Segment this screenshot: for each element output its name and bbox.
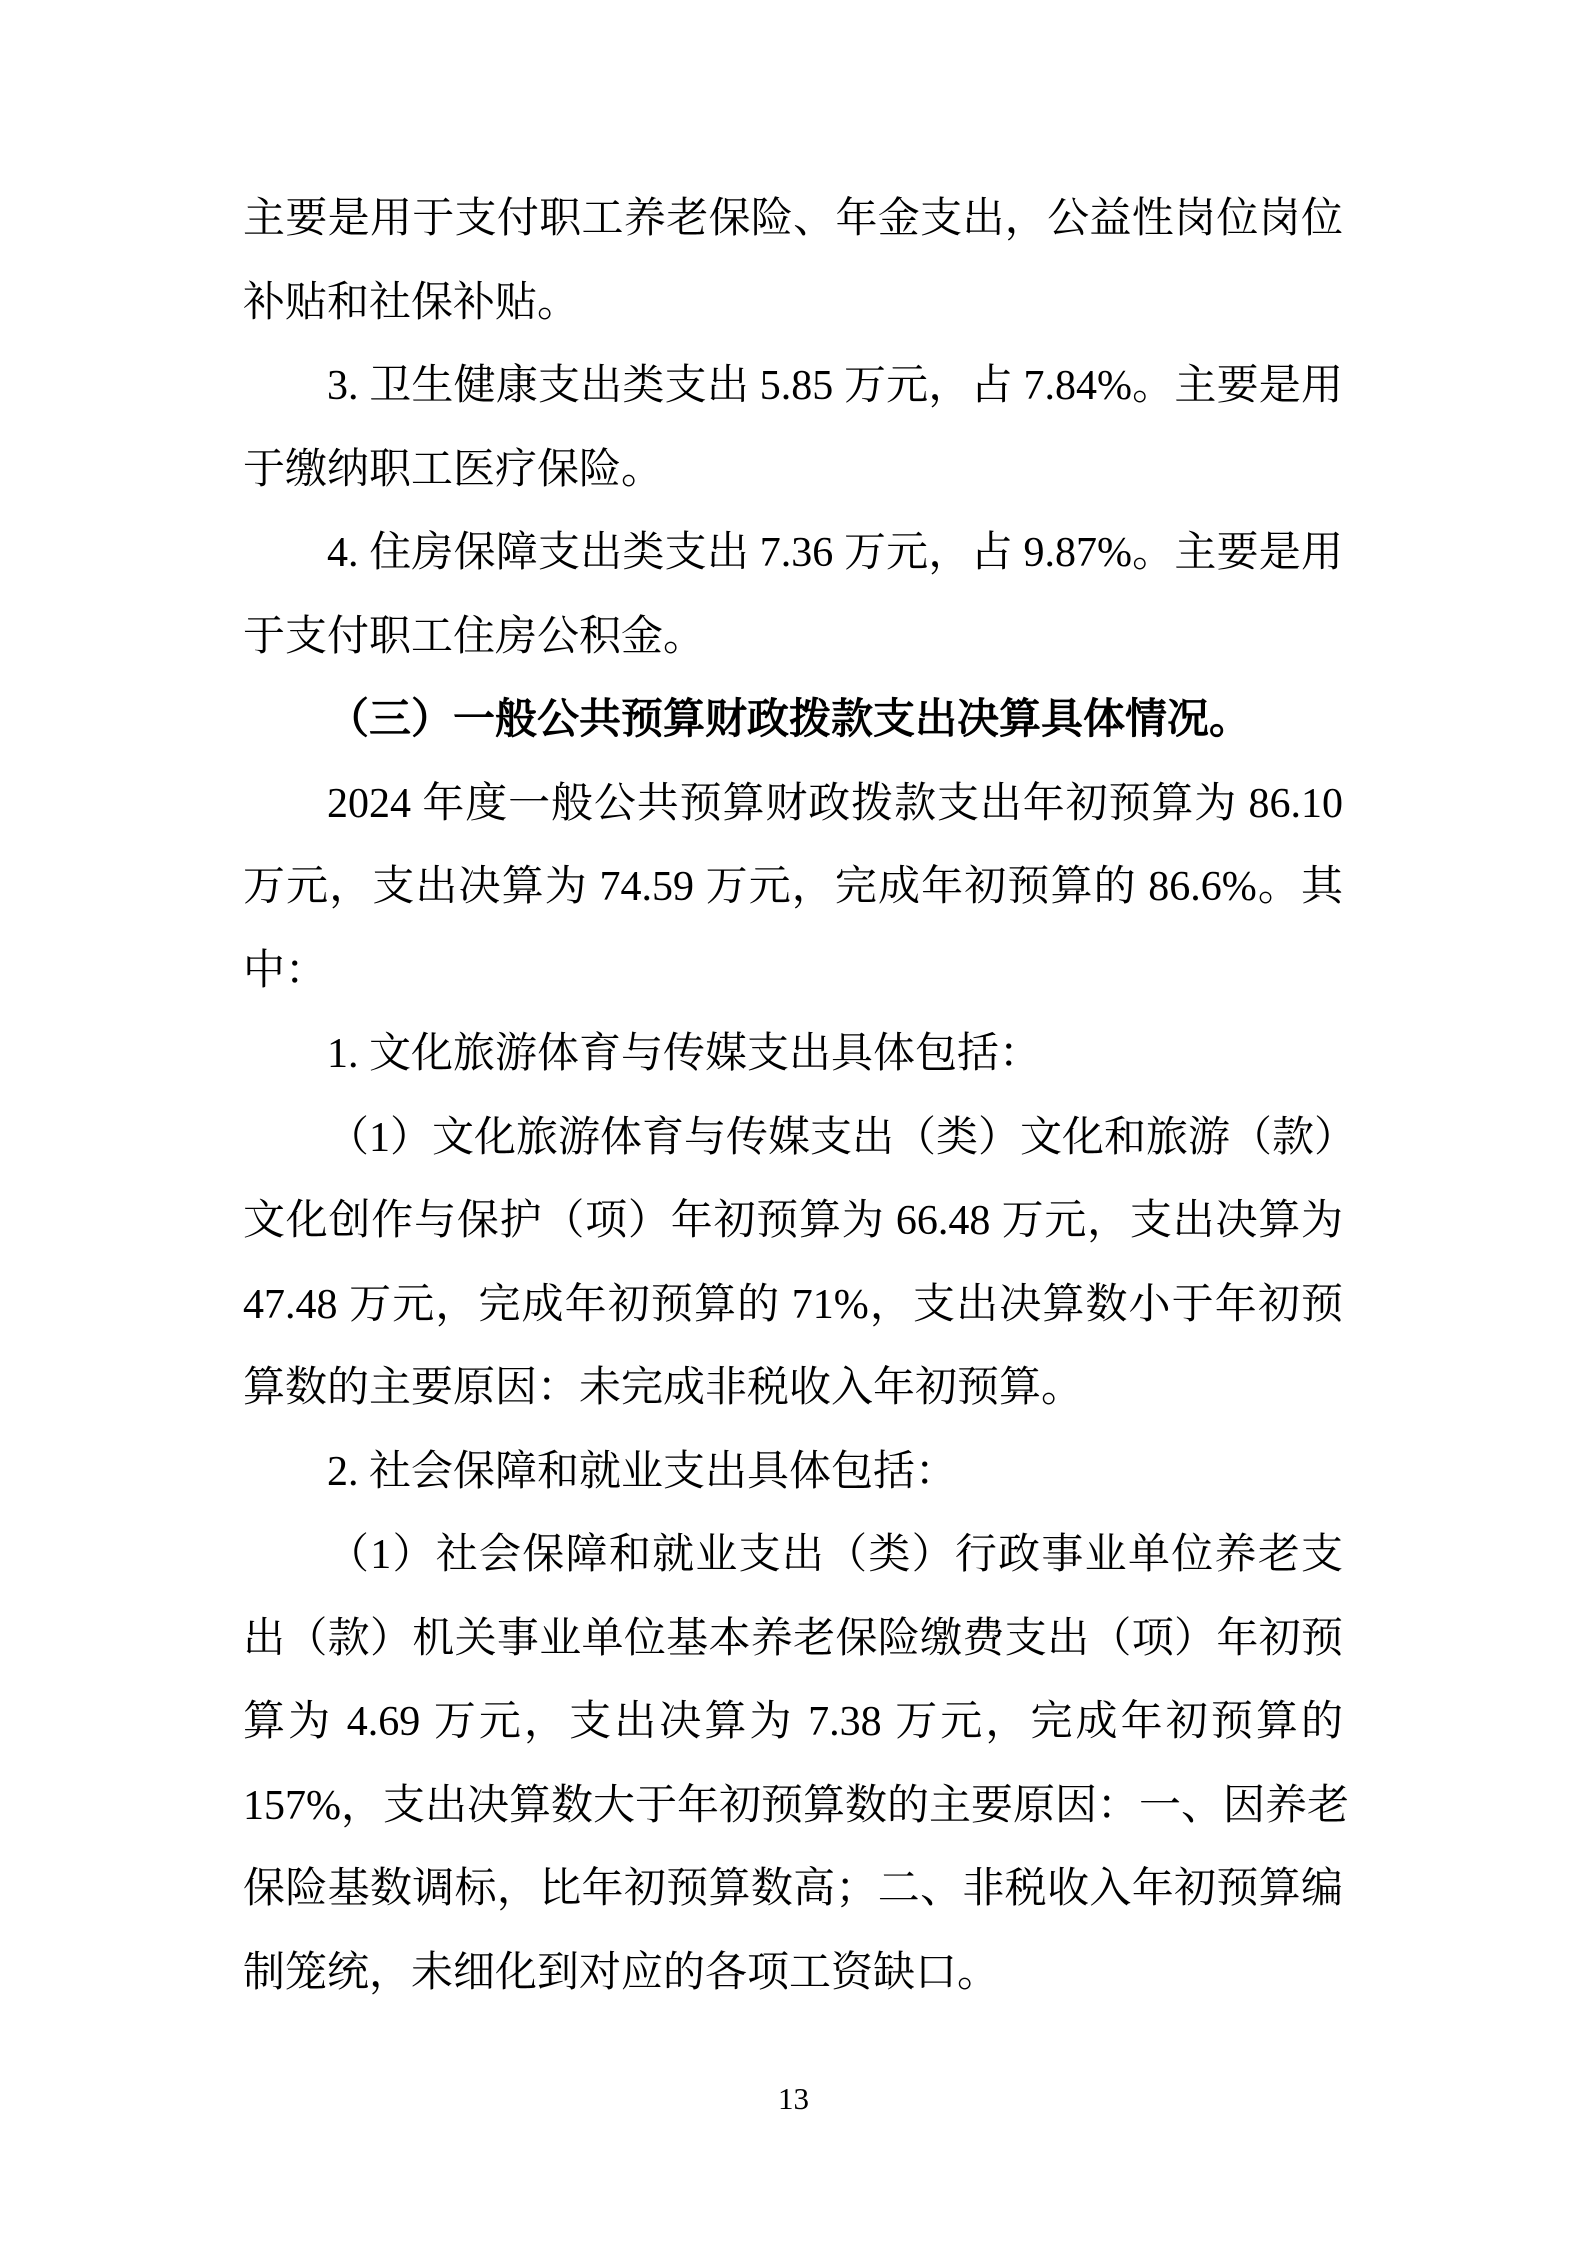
text-line: 补贴和社保补贴。 [243,262,1343,346]
paragraph: 3. 卫生健康支出类支出 5.85 万元，占 7.84%。主要是用于缴纳职工医疗… [243,345,1343,512]
text-line: 于支付职工住房公积金。 [243,596,1343,680]
document-page: 主要是用于支付职工养老保险、年金支出，公益性岗位岗位补贴和社保补贴。3. 卫生健… [0,0,1587,2245]
paragraph: 1. 文化旅游体育与传媒支出具体包括： [243,1013,1343,1097]
text-line: 制笼统，未细化到对应的各项工资缺口。 [243,1932,1343,2016]
text-line: 2. 社会保障和就业支出具体包括： [243,1431,1343,1515]
text-line: 算为 4.69 万元，支出决算为 7.38 万元，完成年初预算的 [243,1681,1343,1765]
text-line: 中： [243,930,1343,1014]
text-line: 3. 卫生健康支出类支出 5.85 万元，占 7.84%。主要是用 [243,345,1343,429]
paragraph: （1）文化旅游体育与传媒支出（类）文化和旅游（款）文化创作与保护（项）年初预算为… [243,1097,1343,1431]
paragraph: 主要是用于支付职工养老保险、年金支出，公益性岗位岗位补贴和社保补贴。 [243,178,1343,345]
text-line: 算数的主要原因：未完成非税收入年初预算。 [243,1347,1343,1431]
text-line: 157%，支出决算数大于年初预算数的主要原因：一、因养老 [243,1765,1343,1849]
text-line: 于缴纳职工医疗保险。 [243,429,1343,513]
text-line: 4. 住房保障支出类支出 7.36 万元，占 9.87%。主要是用 [243,512,1343,596]
paragraph: （三）一般公共预算财政拨款支出决算具体情况。 [243,679,1343,763]
text-line: 1. 文化旅游体育与传媒支出具体包括： [243,1013,1343,1097]
text-line: 保险基数调标，比年初预算数高；二、非税收入年初预算编 [243,1848,1343,1932]
paragraph: 4. 住房保障支出类支出 7.36 万元，占 9.87%。主要是用于支付职工住房… [243,512,1343,679]
text-line: （三）一般公共预算财政拨款支出决算具体情况。 [243,679,1343,763]
text-line: 出（款）机关事业单位基本养老保险缴费支出（项）年初预 [243,1598,1343,1682]
text-line: 主要是用于支付职工养老保险、年金支出，公益性岗位岗位 [243,178,1343,262]
paragraph: （1）社会保障和就业支出（类）行政事业单位养老支出（款）机关事业单位基本养老保险… [243,1514,1343,2015]
text-line: （1）社会保障和就业支出（类）行政事业单位养老支 [243,1514,1343,1598]
page-number: 13 [0,2082,1587,2116]
text-line: 2024 年度一般公共预算财政拨款支出年初预算为 86.10 [243,763,1343,847]
text-line: 万元，支出决算为 74.59 万元，完成年初预算的 86.6%。其 [243,846,1343,930]
text-line: 文化创作与保护（项）年初预算为 66.48 万元，支出决算为 [243,1180,1343,1264]
document-body: 主要是用于支付职工养老保险、年金支出，公益性岗位岗位补贴和社保补贴。3. 卫生健… [243,178,1343,2015]
text-line: （1）文化旅游体育与传媒支出（类）文化和旅游（款） [243,1097,1343,1181]
paragraph: 2. 社会保障和就业支出具体包括： [243,1431,1343,1515]
paragraph: 2024 年度一般公共预算财政拨款支出年初预算为 86.10万元，支出决算为 7… [243,763,1343,1014]
text-line: 47.48 万元，完成年初预算的 71%，支出决算数小于年初预 [243,1264,1343,1348]
